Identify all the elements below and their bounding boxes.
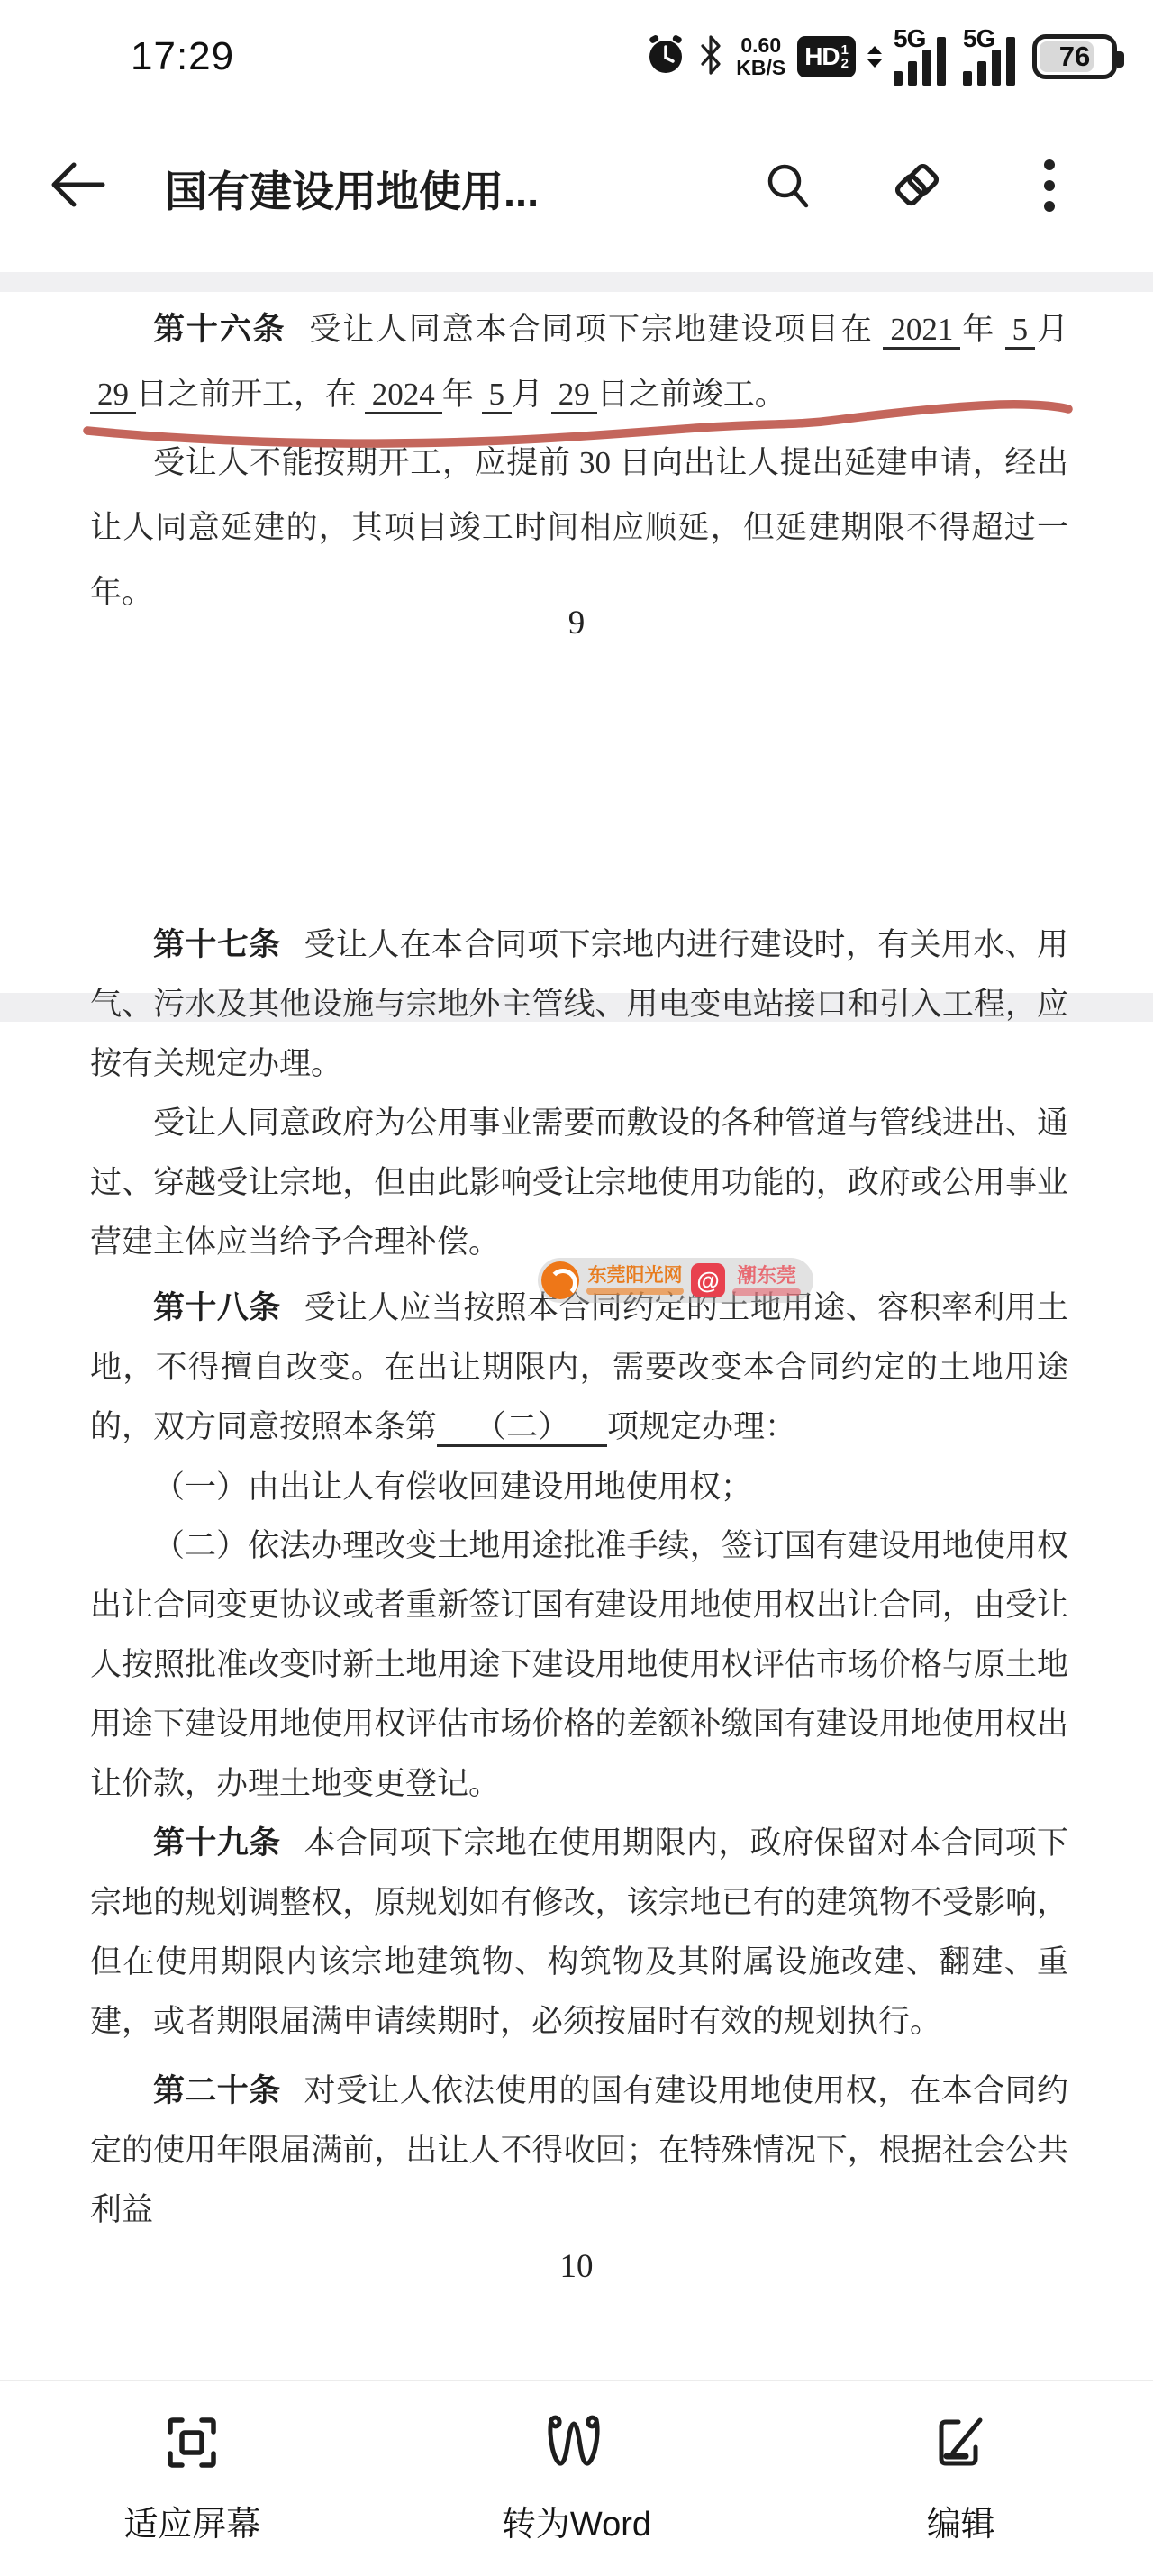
watermark-badge: 东莞阳光网 @ 潮东莞 [538,1258,813,1303]
edit-label: 编辑 [927,2496,995,2545]
article-17-number: 第十七条 [153,927,280,962]
edit-button[interactable]: 编辑 [826,2413,1096,2545]
article-20: 第二十条对受让人依法使用的国有建设用地使用权，在本合同约定的使用年限届满前，出让… [90,2062,1068,2240]
signal-sim2-icon: 5G [963,28,1021,86]
document-title: 国有建设用地使用... [165,159,795,219]
start-month-value: 5 [1005,312,1036,350]
document-viewport[interactable]: 第十六条受让人同意本合同项下宗地建设项目在 2021年 5月 29日之前开工，在… [0,272,1153,2380]
watermark-at-icon: @ [691,1263,725,1297]
data-activity-icon [867,46,882,68]
article-18-item-1: （一）由出让人有偿收回建设用地使用权； [90,1458,1068,1517]
article-16-paragraph-2: 受让人不能按期开工，应提前 30 日向出让人提出延建申请，经出让人同意延建的，其… [90,431,1068,625]
speed-value: 0.60 [740,34,781,57]
network-speed: 0.60 KB/S [736,34,785,79]
watermark-handle-subtext [732,1288,801,1296]
more-menu-button[interactable] [1022,159,1076,213]
start-day-value: 29 [90,377,136,414]
alarm-icon [646,34,685,80]
signal-sim1-icon: 5G [894,28,951,86]
selected-option-blank: （二） [437,1409,607,1447]
article-19-number: 第十九条 [153,1825,280,1861]
status-icons: 0.60 KB/S HD 1 2 5G 5G [646,27,1117,86]
app-screen: 17:29 0.60 KB/S HD [0,0,1153,2576]
clock-time: 17:29 [131,34,234,79]
bluetooth-icon [697,33,724,81]
bottom-toolbar: 适应屏幕 转为Word 编辑 [0,2380,1153,2576]
search-button[interactable] [761,159,815,213]
convert-to-word-label: 转为Word [502,2496,651,2545]
fit-screen-icon [162,2413,222,2472]
watermark-handle: 潮东莞 [737,1266,796,1286]
wps-apps-icon [890,157,944,214]
status-bar: 17:29 0.60 KB/S HD [0,0,1153,99]
fit-screen-button[interactable]: 适应屏幕 [57,2413,327,2545]
article-16-number: 第十六条 [153,312,286,347]
page-number-10: 10 [0,2247,1153,2286]
start-year-value: 2021 [883,312,960,350]
article-18-item-2: （二）依法办理改变土地用途批准手续，签订国有建设用地使用权出让合同变更协议或者重… [90,1516,1068,1814]
edit-pencil-icon [931,2413,991,2472]
page-number-9: 9 [0,604,1153,642]
search-icon [763,159,813,212]
article-17: 第十七条受让人在本合同项下宗地内进行建设时，有关用水、用气、污水及其他设施与宗地… [90,915,1068,1094]
article-18: 第十八条受让人应当按照本合同约定的土地用途、容积率利用土地，不得擅自改变。在出让… [90,1279,1068,1457]
article-19: 第十九条本合同项下宗地在使用期限内，政府保留对本合同项下宗地的规划调整权，原规划… [90,1814,1068,2052]
watermark-site-subtext [586,1288,684,1295]
article-20-number: 第二十条 [153,2073,280,2108]
end-year-value: 2024 [365,377,442,414]
end-month-value: 5 [482,377,513,414]
kebab-icon [1044,159,1055,212]
fit-screen-label: 适应屏幕 [123,2496,260,2545]
word-w-icon [542,2413,611,2472]
article-17-paragraph-2: 受让人同意政府为公用事业需要而敷设的各种管道与管线进出、通过、穿越受让宗地，但由… [90,1094,1068,1272]
speed-unit: KB/S [736,57,785,79]
nav-bar: 国有建设用地使用... [0,99,1153,272]
end-day-value: 29 [551,377,597,414]
article-16: 第十六条受让人同意本合同项下宗地建设项目在 2021年 5月 29日之前开工，在… [90,297,1068,427]
hd-volte-icon: HD 1 2 [797,36,856,77]
wps-apps-button[interactable] [890,159,944,213]
battery-icon: 76 [1032,34,1117,79]
watermark-site-name: 东莞阳光网 [588,1266,683,1285]
battery-percent: 76 [1037,39,1112,75]
convert-to-word-button[interactable]: 转为Word [441,2413,712,2545]
back-button[interactable] [47,157,110,213]
article-18-number: 第十八条 [153,1290,280,1325]
watermark-site-logo-icon [541,1261,579,1299]
